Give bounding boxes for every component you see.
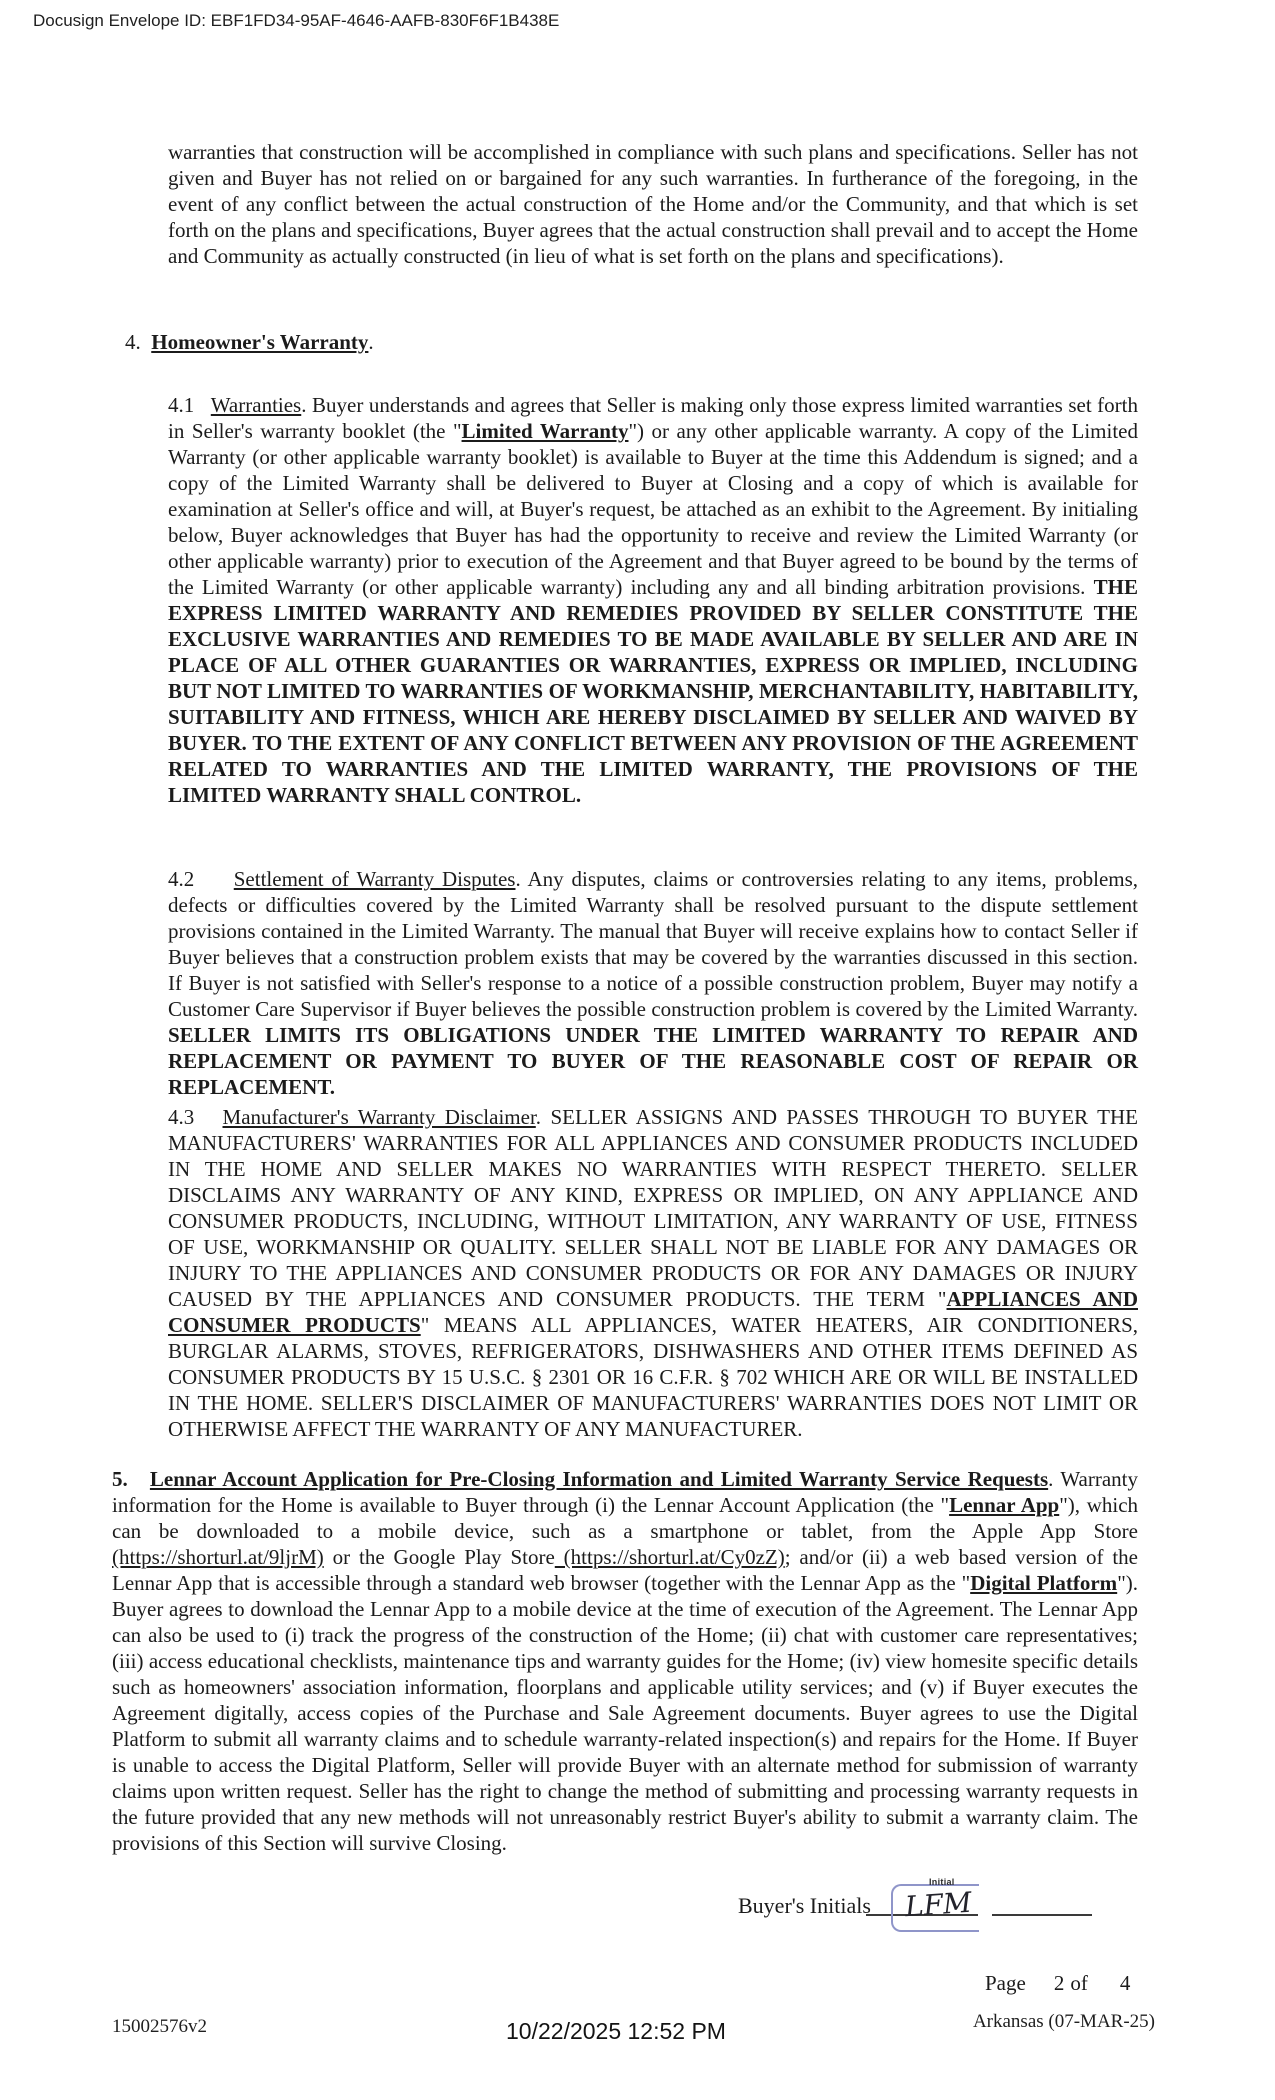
initials-line-2 (992, 1914, 1092, 1916)
page-indicator: Page2of4 (985, 1971, 1130, 1996)
section-5-paragraph: 5. Lennar Account Application for Pre-Cl… (112, 1466, 1138, 1856)
clause-4-2-settlement: 4.2 Settlement of Warranty Disputes. Any… (168, 866, 1138, 1100)
page-total: 4 (1120, 1971, 1131, 1995)
initial-tab-label: Initial (929, 1877, 955, 1887)
document-page: Docusign Envelope ID: EBF1FD34-95AF-4646… (0, 0, 1275, 2100)
page-of-label: of (1070, 1971, 1088, 1995)
docusign-initial-stamp[interactable]: Initial LFM (891, 1884, 979, 1932)
page-label: Page (985, 1971, 1026, 1995)
page-current: 2 (1054, 1971, 1065, 1995)
clause-4-1-warranties: 4.1 Warranties. Buyer understands and ag… (168, 392, 1138, 808)
section-4-heading: 4. Homeowner's Warranty. (125, 329, 1138, 355)
docusign-envelope-id: Docusign Envelope ID: EBF1FD34-95AF-4646… (33, 11, 559, 31)
buyers-initials-label: Buyer's Initials (738, 1893, 871, 1919)
intro-paragraph: warranties that construction will be acc… (168, 139, 1138, 269)
footer-version: Arkansas (07-MAR-25) (973, 2011, 1155, 2033)
clause-4-3-disclaimer: 4.3 Manufacturer's Warranty Disclaimer. … (168, 1104, 1138, 1442)
buyer-initials-value: LFM (904, 1886, 973, 1924)
